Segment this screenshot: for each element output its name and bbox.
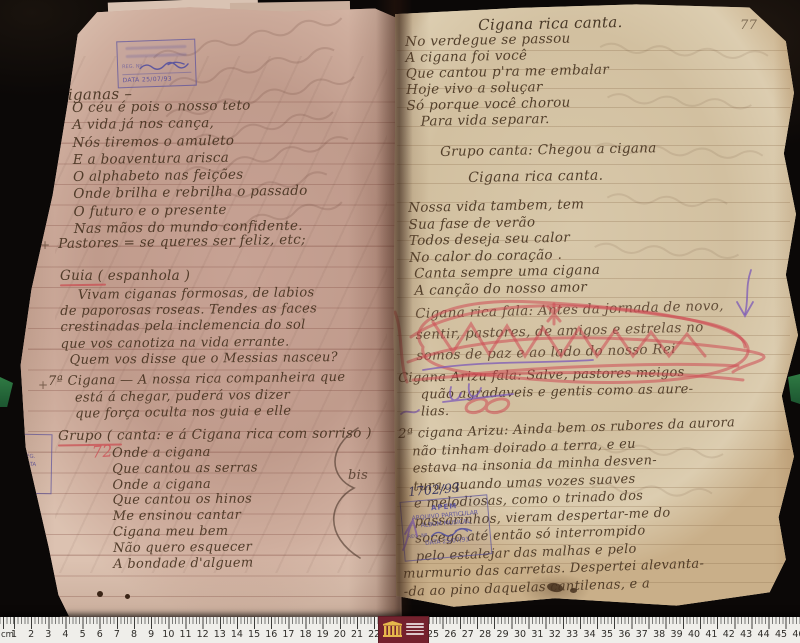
stamp-registry-row: REG. Nº	[122, 61, 191, 72]
background-green-left	[0, 377, 13, 407]
ruler-number: 12	[197, 629, 209, 640]
ruler-number: 38	[653, 629, 665, 640]
ruler-number: 34	[584, 629, 596, 640]
handwriting-line: crestinadas pela inclemencia do sol	[60, 318, 337, 337]
ruler-number: 25	[427, 629, 439, 640]
pencil-repeat-brace	[316, 424, 372, 564]
stamp-reg-label: REG. Nº	[407, 531, 427, 541]
ruler-number: 31	[531, 629, 543, 640]
ruler-number: 10	[162, 629, 174, 640]
ruler-number: 2	[28, 629, 34, 640]
ruler-number: 21	[351, 629, 363, 640]
archive-logo	[379, 617, 428, 643]
apem-archive-stamp: APEM ARQUIVO PARTICULAR ALBUM MUSICAL RE…	[400, 494, 493, 561]
handwriting-line: que força oculta nos guia e elle	[48, 403, 345, 424]
page-number: 77	[740, 18, 757, 33]
ruler-number: 39	[671, 629, 683, 640]
ruler-number: 18	[300, 629, 312, 640]
stamp-edge-line: REG.	[22, 453, 49, 461]
ruler-number: 20	[334, 629, 346, 640]
background-green-right	[785, 374, 800, 404]
ruler-number: 46	[792, 629, 800, 640]
ruler-number: 16	[265, 629, 277, 640]
grupo-song-block: Onde a ciganaQue cantou as serrasOnde a …	[112, 444, 259, 572]
handwriting-line: Que cantou os hinos	[112, 492, 258, 509]
verse-block-1: No verdegue se passouA cigana foi vocêQu…	[405, 30, 610, 130]
poem-block: O céu é pois o nosso tetoA vida já nos c…	[72, 97, 308, 239]
handwriting-line: Para vida separar.	[407, 110, 611, 130]
handwriting-line: A canção do nosso amor	[410, 278, 601, 298]
measuring-ruler: cm 12345678910111213141516171819202122 2…	[0, 617, 800, 643]
crossed-out-block: Cigana rica fala: Antes da jornada de no…	[415, 296, 725, 367]
ruler-number: 13	[214, 629, 226, 640]
ruler-number: 11	[179, 629, 191, 640]
stamp-edge-line: DATA	[22, 461, 49, 469]
handwriting-line: Não quero esquecer	[113, 539, 259, 556]
bis-repeat-note: bis	[348, 468, 368, 483]
left-page: REG. Nº DATA 25/07/93 REG. DATA + + Ciga…	[16, 6, 402, 636]
handwriting-line: Onde a cigana	[112, 476, 258, 493]
handwriting-line: Cigana meu bem	[113, 523, 259, 540]
right-page: 77 Cigana rica canta. No verdegue se pas…	[393, 2, 798, 608]
margin-plus-mark: +	[38, 378, 48, 392]
handwriting-line: Onde brilha e rebrilha o passado	[73, 183, 308, 204]
ruler-number: 27	[462, 629, 474, 640]
ruler-number: 5	[80, 629, 86, 640]
ruler-number: 9	[148, 629, 154, 640]
red-pencil-underline	[60, 284, 106, 287]
ruler-number: 37	[636, 629, 648, 640]
ruler-number: 36	[618, 629, 630, 640]
ruler-number: 32	[549, 629, 561, 640]
ruler-number: 4	[62, 629, 68, 640]
wormhole-mark	[97, 591, 103, 597]
ruler-number: 17	[282, 629, 294, 640]
wormhole-mark	[125, 594, 130, 599]
ruler-number: 3	[45, 629, 51, 640]
guia-paragraph: Vivam ciganas formosas, de labiosde papo…	[60, 285, 338, 369]
ruler-number: 35	[601, 629, 613, 640]
stamp-date: DATA 25/07/93	[122, 72, 191, 84]
ruler-number: 43	[740, 629, 752, 640]
margin-plus-mark: +	[40, 238, 50, 252]
stamp-faded-text	[125, 45, 186, 50]
ruler-number: 42	[723, 629, 735, 640]
ruler-number: 14	[231, 629, 243, 640]
ruler-number: 41	[705, 629, 717, 640]
handwriting-line: Quem vos disse que o Messias nasceu?	[61, 350, 338, 369]
ruler-number: 7	[114, 629, 120, 640]
pastores-line: Pastores = se queres ser feliz, etc;	[58, 232, 306, 252]
archive-stamp-edge-partial: REG. DATA	[17, 434, 52, 495]
ruler-number: 33	[566, 629, 578, 640]
ruler-number: 29	[497, 629, 509, 640]
handwriting-line: Me ensinou cantar	[113, 508, 259, 525]
handwriting-line: Que cantou as serras	[112, 460, 258, 477]
ruler-number: 8	[131, 629, 137, 640]
ruler-number: 19	[317, 629, 329, 640]
archive-building-icon	[382, 621, 403, 638]
ruler-number: 15	[248, 629, 260, 640]
red-pencil-number: 72	[91, 441, 113, 461]
logo-text-lines	[406, 623, 424, 637]
handwriting-line: Onde a cigana	[112, 444, 258, 461]
ruler-number: 44	[758, 629, 770, 640]
handwriting-line: A bondade d'alguem	[113, 555, 259, 572]
archive-stamp-top-left: REG. Nº DATA 25/07/93	[116, 39, 197, 89]
handwritten-registry-scribble	[138, 61, 198, 72]
ruler-number: 40	[688, 629, 700, 640]
cigana7-block: 7ª Cigana — A nossa rica companheira que…	[48, 370, 346, 424]
ruler-number: 45	[775, 629, 787, 640]
arizu-speech-block: Cigana Arizu fala: Salve, pastores meigo…	[398, 364, 694, 421]
ink-blotch	[570, 588, 577, 593]
guia-heading: Guia ( espanhola )	[60, 268, 190, 284]
song-header-2: Cigana rica canta.	[468, 168, 603, 186]
stamp-faded-text	[126, 53, 187, 58]
verse-block-2: Nossa vida tambem, temSua fase de verãoT…	[408, 196, 601, 299]
ruler-number: 26	[444, 629, 456, 640]
ruler-number: 28	[479, 629, 491, 640]
ruler-number: 30	[514, 629, 526, 640]
manuscript-photograph: REG. Nº DATA 25/07/93 REG. DATA + + Ciga…	[0, 0, 800, 643]
ruler-number: 1	[11, 629, 17, 640]
ruler-number: 6	[97, 629, 103, 640]
grupo-canta-line: Grupo canta: Chegou a cigana	[440, 140, 657, 160]
